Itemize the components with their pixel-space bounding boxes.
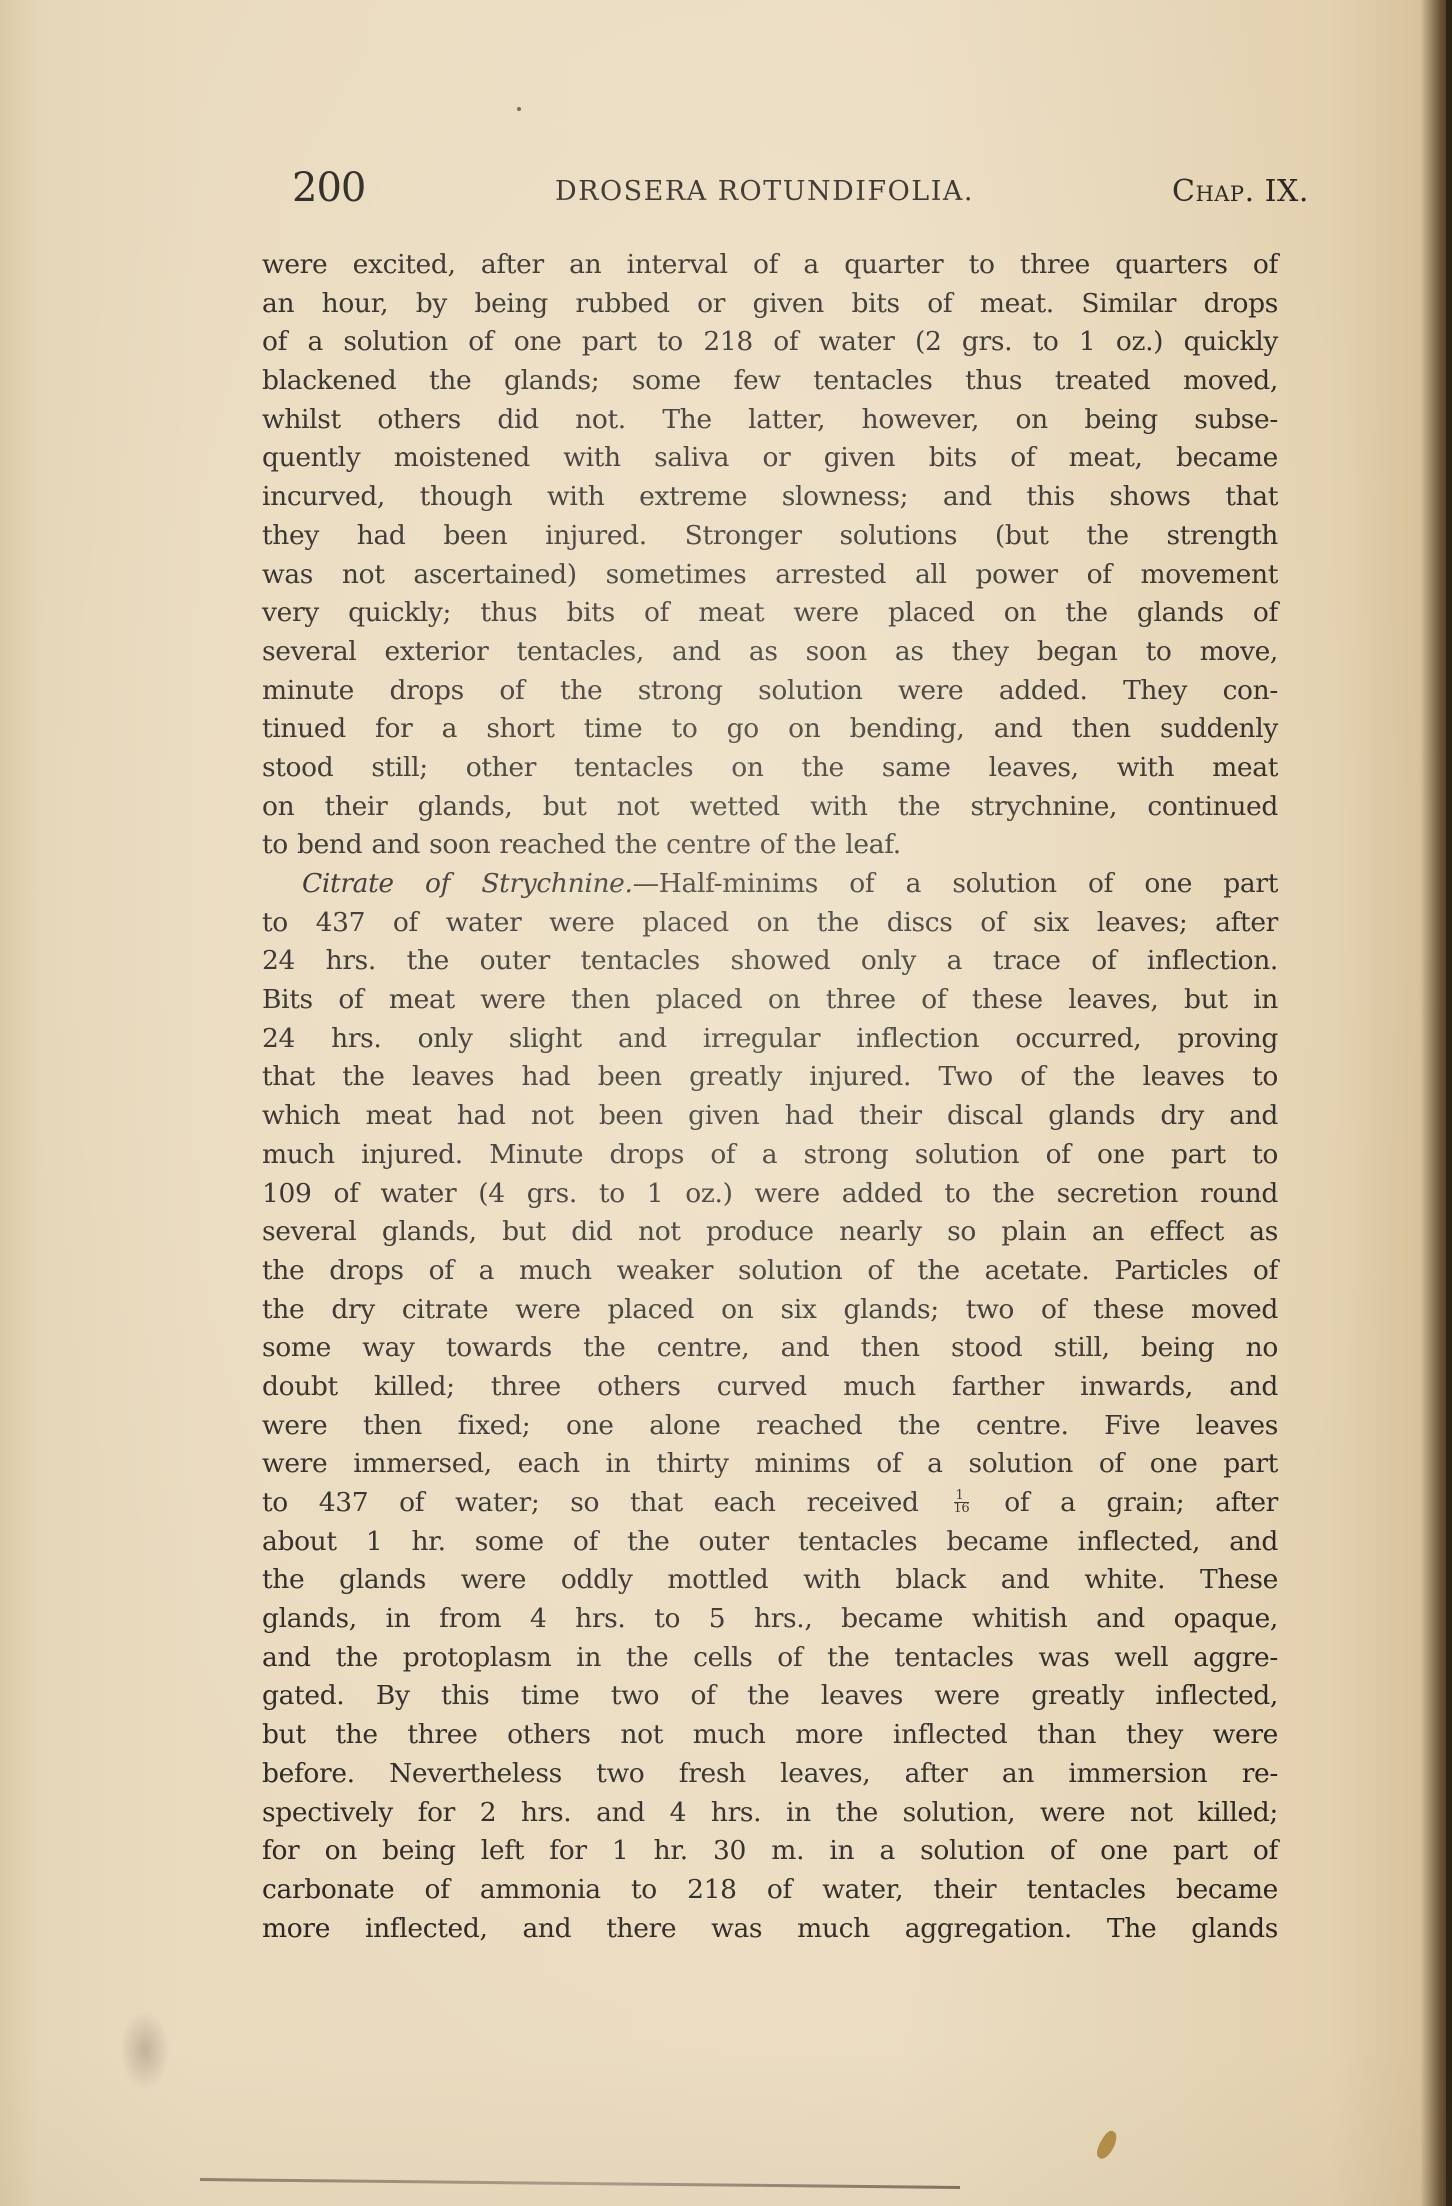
body-text: were excited, after an interval of a qua… (262, 246, 1278, 1948)
text-line: minute drops of the strong solution were… (262, 672, 1278, 711)
running-header: 200 DROSERA ROTUNDIFOLIA. Chap. IX. (292, 160, 1312, 216)
text-line: carbonate of ammonia to 218 of water, th… (262, 1871, 1278, 1910)
text-line: stood still; other tentacles on the same… (262, 749, 1278, 788)
text-line: spectively for 2 hrs. and 4 hrs. in the … (262, 1794, 1278, 1833)
text-line: for on being left for 1 hr. 30 m. in a s… (262, 1832, 1278, 1871)
text-line: an hour, by being rubbed or given bits o… (262, 285, 1278, 324)
page-number: 200 (292, 160, 365, 216)
text-line: whilst others did not. The latter, howev… (262, 401, 1278, 440)
text-line: gated. By this time two of the leaves we… (262, 1677, 1278, 1716)
text-line: tinued for a short time to go on bending… (262, 710, 1278, 749)
text-line: doubt killed; three others curved much f… (262, 1368, 1278, 1407)
text-line: about 1 hr. some of the outer tentacles … (262, 1523, 1278, 1562)
text-line: very quickly; thus bits of meat were pla… (262, 594, 1278, 633)
text-line: but the three others not much more infle… (262, 1716, 1278, 1755)
page-smudge (120, 2010, 170, 2090)
page-crease (200, 2178, 960, 2189)
text-line: which meat had not been given had their … (262, 1097, 1278, 1136)
fraction-line-before: to 437 of water; so that each received (262, 1487, 919, 1518)
text-line: were excited, after an interval of a qua… (262, 246, 1278, 285)
text-line: of a solution of one part to 218 of wate… (262, 323, 1278, 362)
fraction: 116 (954, 1490, 970, 1515)
text-line: was not ascertained) sometimes arrested … (262, 556, 1278, 595)
text-line: much injured. Minute drops of a strong s… (262, 1136, 1278, 1175)
fraction-line: to 437 of water; so that each received 1… (262, 1484, 1278, 1523)
text-line: Bits of meat were then placed on three o… (262, 981, 1278, 1020)
text-line: more inflected, and there was much aggre… (262, 1910, 1278, 1949)
ink-dot (517, 107, 521, 111)
text-line: 109 of water (4 grs. to 1 oz.) were adde… (262, 1175, 1278, 1214)
text-line: and the protoplasm in the cells of the t… (262, 1639, 1278, 1678)
section-heading: Citrate of Strychnine. (302, 868, 633, 899)
running-title: DROSERA ROTUNDIFOLIA. (555, 168, 974, 216)
text-line: they had been injured. Stronger solution… (262, 517, 1278, 556)
section-first-line: Citrate of Strychnine.—Half-minims of a … (262, 865, 1278, 904)
text-line: incurved, though with extreme slowness; … (262, 478, 1278, 517)
text-line: some way towards the centre, and then st… (262, 1329, 1278, 1368)
fraction-line-after: of a grain; after (1004, 1487, 1278, 1518)
fraction-denominator: 16 (954, 1503, 970, 1515)
text-line: were immersed, each in thirty minims of … (262, 1445, 1278, 1484)
text-line: the drops of a much weaker solution of t… (262, 1252, 1278, 1291)
section-first-line-text: —Half-minims of a solution of one part (633, 868, 1278, 899)
text-line: several glands, but did not produce near… (262, 1213, 1278, 1252)
text-line: before. Nevertheless two fresh leaves, a… (262, 1755, 1278, 1794)
chapter-label: Chap. IX. (1172, 168, 1309, 216)
text-line: quently moistened with saliva or given b… (262, 439, 1278, 478)
text-line: the dry citrate were placed on six gland… (262, 1291, 1278, 1330)
text-line: several exterior tentacles, and as soon … (262, 633, 1278, 672)
text-line: on their glands, but not wetted with the… (262, 788, 1278, 827)
text-line: 24 hrs. only slight and irregular inflec… (262, 1020, 1278, 1059)
text-line: glands, in from 4 hrs. to 5 hrs., became… (262, 1600, 1278, 1639)
text-line: were then fixed; one alone reached the c… (262, 1407, 1278, 1446)
text-line: blackened the glands; some few tentacles… (262, 362, 1278, 401)
page-edge (1446, 0, 1452, 2206)
book-page: 200 DROSERA ROTUNDIFOLIA. Chap. IX. were… (0, 0, 1452, 2206)
text-line: that the leaves had been greatly injured… (262, 1058, 1278, 1097)
text-line: 24 hrs. the outer tentacles showed only … (262, 942, 1278, 981)
text-line: the glands were oddly mottled with black… (262, 1561, 1278, 1600)
text-line: to 437 of water were placed on the discs… (262, 904, 1278, 943)
ink-stain (1093, 2129, 1120, 2162)
text-line: to bend and soon reached the centre of t… (262, 826, 1278, 865)
